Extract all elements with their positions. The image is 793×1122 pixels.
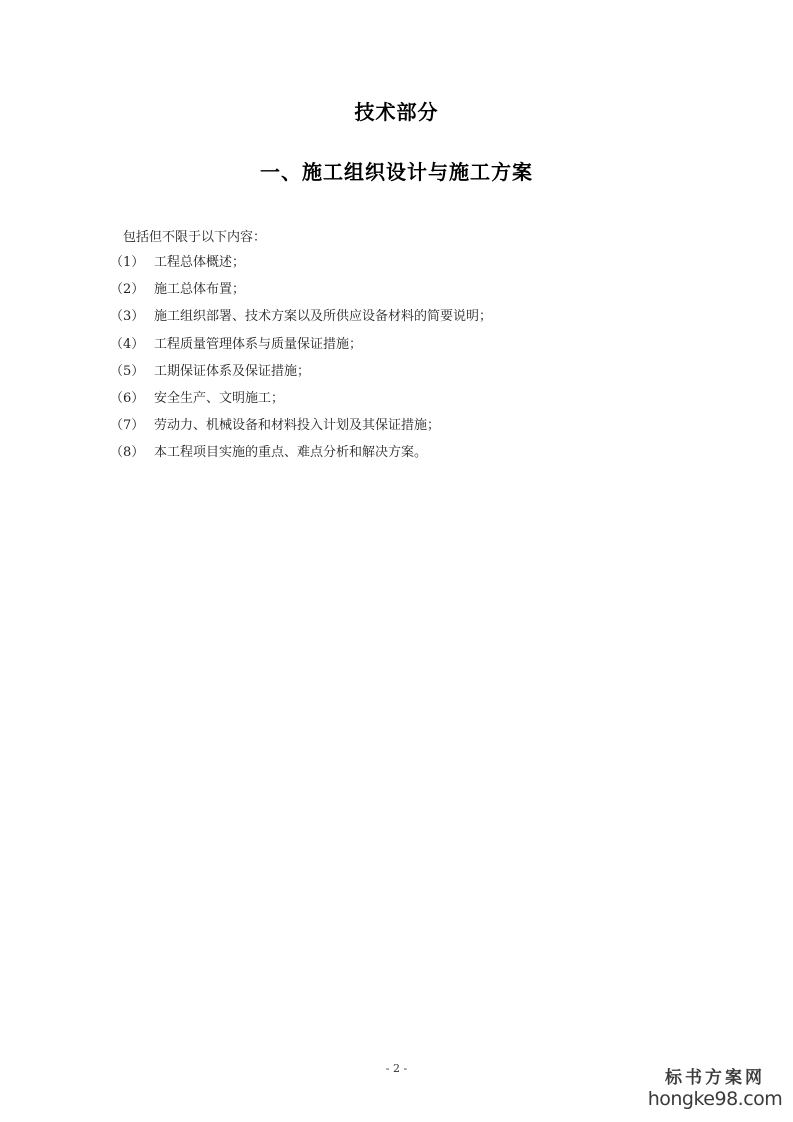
- list-item-number: （8）: [110, 444, 154, 471]
- list-item-text: 施工总体布置；: [154, 281, 245, 308]
- list-item: （6） 安全生产、文明施工；: [110, 390, 492, 417]
- list-item: （1） 工程总体概述；: [110, 254, 492, 281]
- list-item-number: （7）: [110, 417, 154, 444]
- list-item: （3） 施工组织部署、技术方案以及所供应设备材料的简要说明；: [110, 308, 492, 335]
- content-list: （1） 工程总体概述； （2） 施工总体布置； （3） 施工组织部署、技术方案以…: [110, 254, 492, 472]
- list-item-text: 劳动力、机械设备和材料投入计划及其保证措施；: [154, 417, 440, 444]
- watermark-logo: 标书方案网 hongke98.com: [640, 1068, 790, 1110]
- list-item: （8） 本工程项目实施的重点、难点分析和解决方案。: [110, 444, 492, 471]
- list-item-text: 施工组织部署、技术方案以及所供应设备材料的简要说明；: [154, 308, 492, 335]
- list-item-text: 安全生产、文明施工；: [154, 390, 284, 417]
- list-item-number: （6）: [110, 390, 154, 417]
- watermark-name: 标书方案网: [640, 1068, 790, 1088]
- list-item: （7） 劳动力、机械设备和材料投入计划及其保证措施；: [110, 417, 492, 444]
- list-item-number: （2）: [110, 281, 154, 308]
- list-item: （4） 工程质量管理体系与质量保证措施；: [110, 336, 492, 363]
- list-item-text: 工程质量管理体系与质量保证措施；: [154, 336, 362, 363]
- intro-paragraph: 包括但不限于以下内容：: [123, 226, 266, 245]
- list-item-text: 工程总体概述；: [154, 254, 245, 281]
- watermark-url: hongke98.com: [640, 1088, 790, 1110]
- list-item: （5） 工期保证体系及保证措施；: [110, 363, 492, 390]
- list-item-number: （1）: [110, 254, 154, 281]
- list-item-text: 本工程项目实施的重点、难点分析和解决方案。: [154, 444, 427, 471]
- list-item-number: （5）: [110, 363, 154, 390]
- list-item: （2） 施工总体布置；: [110, 281, 492, 308]
- list-item-text: 工期保证体系及保证措施；: [154, 363, 310, 390]
- document-page: 技术部分 一、施工组织设计与施工方案 包括但不限于以下内容： （1） 工程总体概…: [0, 0, 793, 1122]
- chapter-heading: 一、施工组织设计与施工方案: [0, 156, 793, 185]
- list-item-number: （4）: [110, 336, 154, 363]
- section-title: 技术部分: [0, 96, 793, 125]
- list-item-number: （3）: [110, 308, 154, 335]
